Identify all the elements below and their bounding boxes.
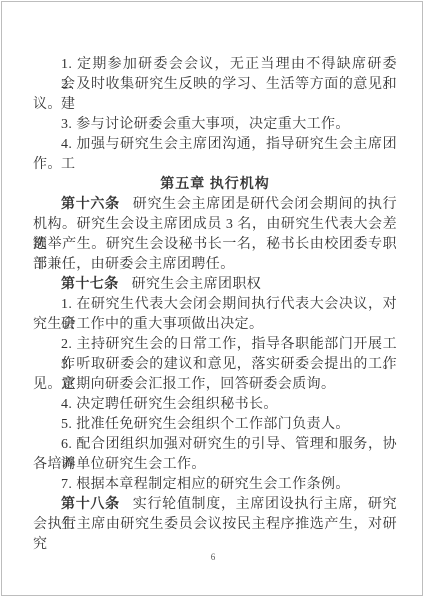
article-number: 第十六条 [61,197,120,212]
doc-line: 各培养单位研究生会工作。 [33,455,397,475]
doc-line-text: 见。定期向研委会汇报工作，回答研委会质询。 [33,377,335,392]
doc-line: 作。 [33,155,397,175]
doc-line: 见。定期向研委会汇报工作，回答研委会质询。 [33,375,397,395]
doc-line: 1. 在研究生代表大会闭会期间执行代表大会决议，对研 [33,295,397,315]
doc-line: 4. 决定聘任研究生会组织秘书长。 [33,395,397,415]
doc-line: 3. 听取研委会的建议和意见，落实研委会提出的工作意 [33,355,397,375]
doc-line: 第十七条研究生会主席团职权 [33,275,397,295]
doc-line: 5. 批准任免研究生会组织个工作部门负责人。 [33,415,397,435]
doc-line: 究生会工作中的重大事项做出决定。 [33,315,397,335]
doc-line: 部兼任，由研委会主席团聘任。 [33,255,397,275]
doc-line-text: 各培养单位研究生会工作。 [33,457,206,472]
document-page: 1. 定期参加研委会会议，无正当理由不得缺席研委会。 2. 及时收集研究生反映的… [33,55,397,535]
doc-line: 1. 定期参加研委会会议，无正当理由不得缺席研委会。 [33,55,397,75]
doc-line-text: 4. 决定聘任研究生会组织秘书长。 [61,397,278,412]
doc-line: 7. 根据本章程制定相应的研究生会工作条例。 [33,475,397,495]
doc-line-text: 7. 根据本章程制定相应的研究生会工作条例。 [61,477,350,492]
doc-line: 4. 加强与研究生会主席团沟通，指导研究生会主席团工 [33,135,397,155]
doc-line-text: 作。 [33,157,62,172]
doc-line-text: 研究生会主席团职权 [132,277,262,292]
doc-line-text: 研究生会主席团是研代会闭会期间的执行 [133,197,397,212]
doc-line: 机构。研究生会设主席团成员 3 名，由研究生代表大会差额 [33,215,397,235]
doc-line: 2. 及时收集研究生反映的学习、生活等方面的意见和建 [33,75,397,95]
doc-line-text: 究生会工作中的重大事项做出决定。 [33,317,263,332]
doc-line: 议。 [33,95,397,115]
doc-line: 选举产生。研究生会设秘书长一名，秘书长由校团委专职干 [33,235,397,255]
doc-line: 6. 配合团组织加强对研究生的引导、管理和服务，协调 [33,435,397,455]
article-number: 第十八条 [61,497,120,512]
doc-line: 第十六条研究生会主席团是研代会闭会期间的执行 [33,195,397,215]
doc-line-text: 5. 批准任免研究生会组织个工作部门负责人。 [61,417,350,432]
doc-line: 2. 主持研究生会的日常工作，指导各职能部门开展工作。 [33,335,397,355]
article-number: 第十七条 [61,277,119,292]
doc-line: 会执行主席由研究生委员会议按民主程序推选产生，对研究 [33,515,397,535]
page-number: 6 [0,552,426,562]
doc-line: 第十八条实行轮值制度，主席团设执行主席，研究生 [33,495,397,515]
chapter-heading: 第五章 执行机构 [33,175,397,195]
doc-line: 3. 参与讨论研委会重大事项，决定重大工作。 [33,115,397,135]
doc-line-text: 3. 参与讨论研委会重大事项，决定重大工作。 [61,117,350,132]
doc-line-text: 议。 [33,97,62,112]
doc-line-text: 部兼任，由研委会主席团聘任。 [33,257,235,272]
